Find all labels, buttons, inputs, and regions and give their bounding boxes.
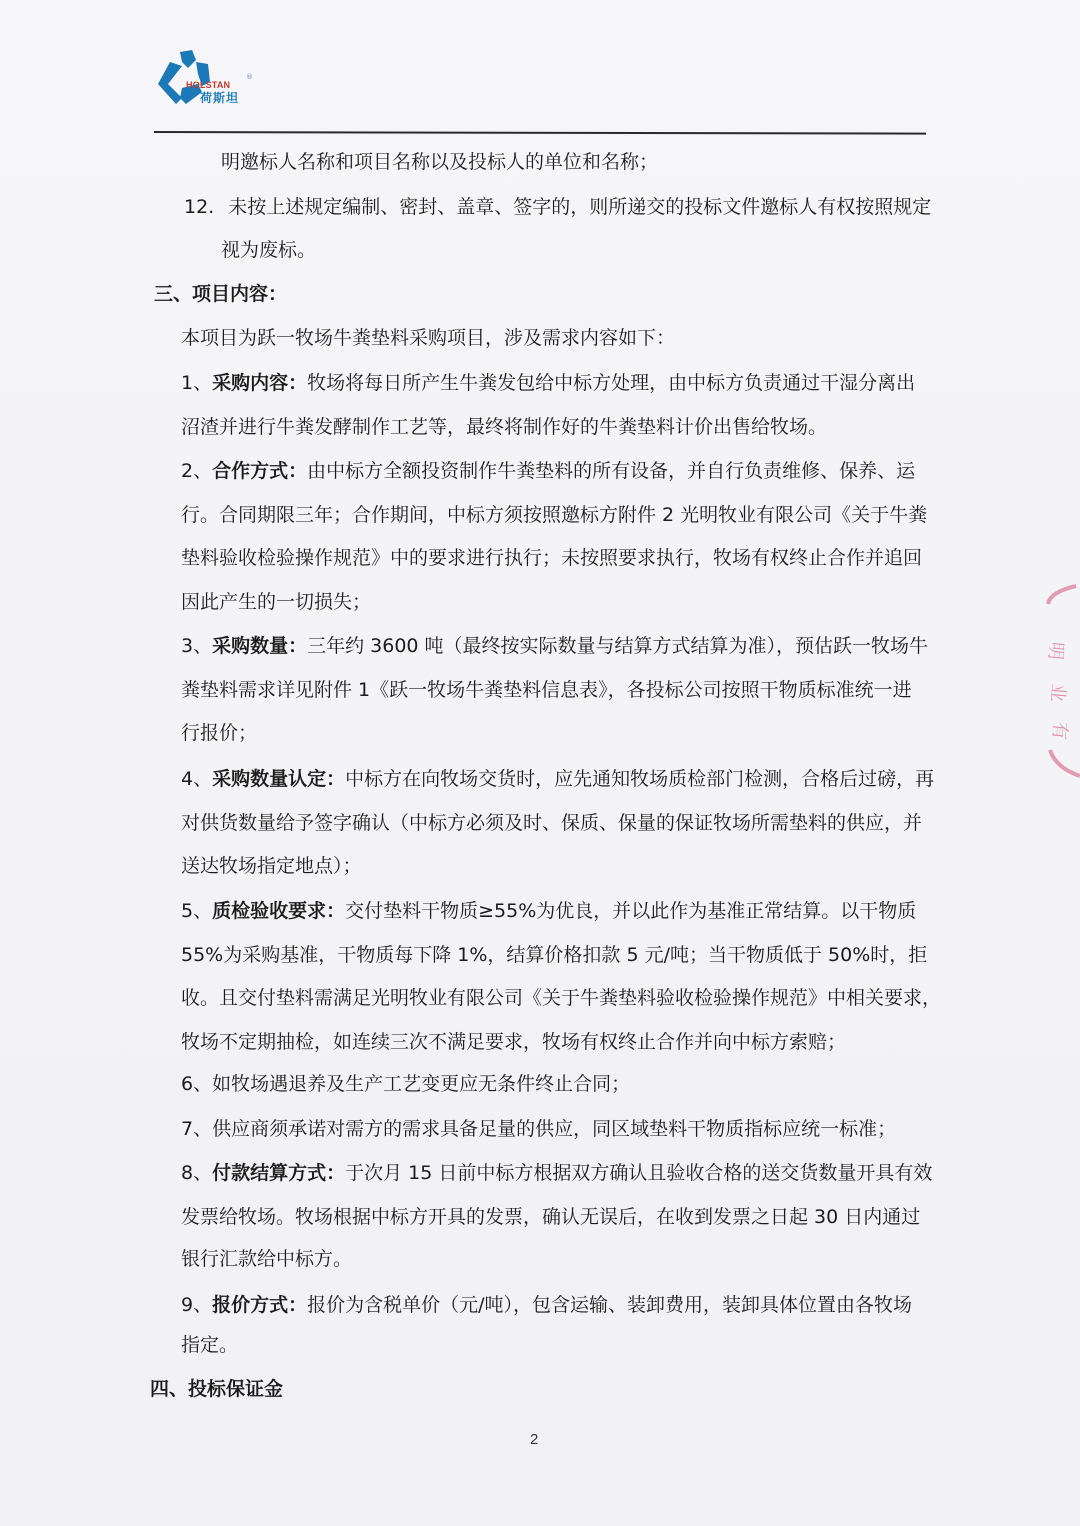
item-prefix: 2、 xyxy=(181,460,212,482)
company-seal-icon: 明 业 有 xyxy=(1036,580,1080,780)
continuation-line: 明邀标人名称和项目名称以及投标人的单位和名称； xyxy=(221,150,658,174)
item-label: 付款结算方式： xyxy=(212,1162,345,1184)
item-4: 4、采购数量认定：中标方在向牧场交货时，应先通知牧场质检部门检测，合格后过磅，再 xyxy=(181,767,934,791)
item-4-line-2: 对供货数量给予签字确认（中标方必须及时、保质、保量的保证牧场所需垫料的供应，并 xyxy=(181,811,922,835)
item-3-line-2: 粪垫料需求详见附件 1《跃一牧场牛粪垫料信息表》，各投标公司按照干物质标准统一进 xyxy=(181,678,912,702)
item-1-line-2: 沼渣并进行牛粪发酵制作工艺等，最终将制作好的牛粪垫料计价出售给牧场。 xyxy=(181,415,827,439)
item-12-number: 12. xyxy=(184,196,214,218)
section-4-title: 四、投标保证金 xyxy=(150,1377,283,1401)
item-text: 由中标方全额投资制作牛粪垫料的所有设备，并自行负责维修、保养、运 xyxy=(307,460,915,482)
item-12-text: 未按上述规定编制、密封、盖章、签字的，则所递交的投标文件邀标人有权按照规定 xyxy=(228,196,931,218)
item-1: 1、采购内容：牧场将每日所产生牛粪发包给中标方处理，由中标方负责通过干湿分离出 xyxy=(181,371,915,395)
item-3: 3、采购数量：三年约 3600 吨（最终按实际数量与结算方式结算为准），预估跃一… xyxy=(181,634,928,658)
item-6: 6、如牧场遇退养及生产工艺变更应无条件终止合同； xyxy=(181,1072,630,1096)
item-text: 如牧场遇退养及生产工艺变更应无条件终止合同； xyxy=(212,1073,630,1095)
item-text: 供应商须承诺对需方的需求具备足量的供应，同区域垫料干物质指标应统一标准； xyxy=(212,1118,896,1140)
item-label: 采购数量认定： xyxy=(212,768,345,790)
item-prefix: 1、 xyxy=(181,372,212,394)
item-text: 三年约 3600 吨（最终按实际数量与结算方式结算为准），预估跃一牧场牛 xyxy=(307,635,928,657)
item-text: 于次月 15 日前中标方根据双方确认且验收合格的送交货数量开具有效 xyxy=(345,1162,932,1184)
item-prefix: 8、 xyxy=(181,1162,212,1184)
item-label: 质检验收要求： xyxy=(212,900,345,922)
item-8-line-2: 发票给牧场。牧场根据中标方开具的发票，确认无误后，在收到发票之日起 30 日内通… xyxy=(181,1205,920,1229)
document-page: HOLSTAN ® 荷斯坦 明邀标人名称和项目名称以及投标人的单位和名称； 12… xyxy=(0,0,1080,1526)
item-7: 7、供应商须承诺对需方的需求具备足量的供应，同区域垫料干物质指标应统一标准； xyxy=(181,1117,896,1141)
seal-char: 有 xyxy=(1047,721,1074,741)
item-prefix: 9、 xyxy=(181,1294,212,1316)
item-2-line-3: 垫料验收检验操作规范》中的要求进行执行；未按照要求执行，牧场有权终止合作并追回 xyxy=(181,546,922,570)
item-label: 采购数量： xyxy=(212,635,307,657)
registered-mark: ® xyxy=(246,73,253,81)
item-prefix: 6、 xyxy=(181,1073,212,1095)
item-label: 采购内容： xyxy=(212,372,307,394)
item-text: 报价为含税单价（元/吨），包含运输、装卸费用，装卸具体位置由各牧场 xyxy=(307,1294,912,1316)
item-8: 8、付款结算方式：于次月 15 日前中标方根据双方确认且验收合格的送交货数量开具… xyxy=(181,1161,932,1185)
item-prefix: 4、 xyxy=(181,768,212,790)
item-4-line-3: 送达牧场指定地点）； xyxy=(181,854,362,878)
item-text: 中标方在向牧场交货时，应先通知牧场质检部门检测，合格后过磅，再 xyxy=(345,768,934,790)
item-prefix: 7、 xyxy=(181,1118,212,1140)
logo-text-cn: 荷斯坦 xyxy=(200,89,239,106)
item-5-line-3: 收。且交付垫料需满足光明牧业有限公司《关于牛粪垫料验收检验操作规范》中相关要求， xyxy=(181,986,941,1010)
item-9-line-2: 指定。 xyxy=(181,1333,238,1357)
item-8-line-3: 银行汇款给中标方。 xyxy=(181,1247,352,1271)
item-prefix: 5、 xyxy=(181,900,212,922)
item-label: 报价方式： xyxy=(212,1294,307,1316)
seal-char: 业 xyxy=(1045,683,1072,703)
item-9: 9、报价方式：报价为含税单价（元/吨），包含运输、装卸费用，装卸具体位置由各牧场 xyxy=(181,1293,912,1317)
page-number: 2 xyxy=(530,1431,538,1448)
seal-char: 明 xyxy=(1043,641,1070,661)
item-5-line-2: 55%为采购基准，干物质每下降 1%，结算价格扣款 5 元/吨；当干物质低于 5… xyxy=(181,943,927,967)
section-3-intro: 本项目为跃一牧场牛粪垫料采购项目，涉及需求内容如下： xyxy=(181,326,675,350)
item-label: 合作方式： xyxy=(212,460,307,482)
header-divider xyxy=(154,131,926,135)
item-text: 牧场将每日所产生牛粪发包给中标方处理，由中标方负责通过干湿分离出 xyxy=(307,372,915,394)
item-3-line-3: 行报价； xyxy=(181,721,257,745)
item-prefix: 3、 xyxy=(181,635,212,657)
item-12-cont: 视为废标。 xyxy=(221,238,316,262)
section-3-title: 三、项目内容： xyxy=(154,282,287,306)
item-2-line-4: 因此产生的一切损失； xyxy=(181,590,371,614)
item-12: 12. 未按上述规定编制、密封、盖章、签字的，则所递交的投标文件邀标人有权按照规… xyxy=(184,195,931,219)
item-5-line-4: 牧场不定期抽检，如连续三次不满足要求，牧场有权终止合作并向中标方索赔； xyxy=(181,1030,846,1054)
item-text: 交付垫料干物质≥55%为优良，并以此作为基准正常结算。以干物质 xyxy=(345,900,916,922)
item-5: 5、质检验收要求：交付垫料干物质≥55%为优良，并以此作为基准正常结算。以干物质 xyxy=(181,899,916,923)
item-2: 2、合作方式：由中标方全额投资制作牛粪垫料的所有设备，并自行负责维修、保养、运 xyxy=(181,459,915,483)
item-2-line-2: 行。合同期限三年；合作期间，中标方须按照邀标方附件 2 光明牧业有限公司《关于牛… xyxy=(181,503,927,527)
